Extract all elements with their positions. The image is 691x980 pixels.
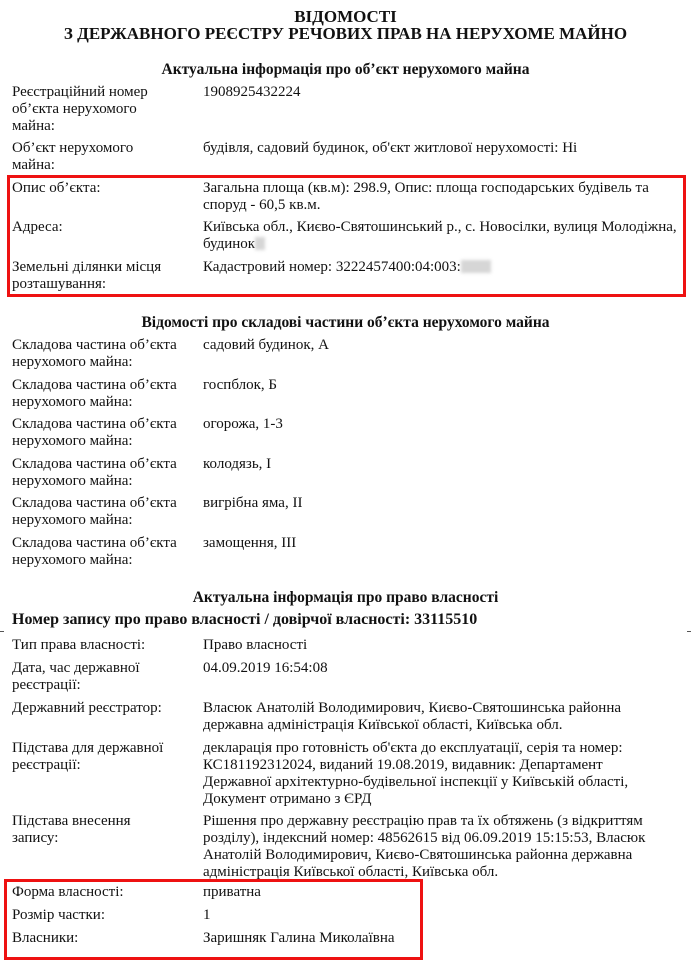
highlight-box-object-details (7, 175, 686, 297)
field-label: Тип права власності: (12, 637, 197, 654)
field-label: Складова частина об’єкта нерухомого майн… (12, 337, 197, 371)
document-title-line1: ВІДОМОСТІ (0, 8, 691, 25)
field-label: Складова частина об’єкта нерухомого майн… (12, 535, 197, 569)
field-label: Підстава для державної реєстрації: (12, 740, 187, 774)
record-number-title: Номер запису про право власності / довір… (12, 611, 477, 628)
field-label: Складова частина об’єкта нерухомого майн… (12, 456, 197, 490)
field-value: будівля, садовий будинок, об'єкт житлово… (203, 140, 683, 157)
page-edge-mark-left (0, 631, 4, 632)
field-label: Державний реєстратор: (12, 700, 197, 717)
highlight-box-owner-details (4, 879, 423, 960)
field-value: огорожа, 1-3 (203, 416, 683, 433)
field-value: садовий будинок, А (203, 337, 683, 354)
field-label: Складова частина об’єкта нерухомого майн… (12, 495, 197, 529)
section-title: Актуальна інформація про право власності (0, 589, 691, 606)
field-value: 04.09.2019 16:54:08 (203, 660, 683, 677)
field-value: Право власності (203, 637, 683, 654)
field-label: Реєстраційний номер об’єкта нерухомого м… (12, 84, 172, 135)
document-title-line2: З ДЕРЖАВНОГО РЕЄСТРУ РЕЧОВИХ ПРАВ НА НЕР… (0, 25, 691, 42)
field-value: 1908925432224 (203, 84, 683, 101)
field-value: замощення, ІІІ (203, 535, 683, 552)
page-edge-mark-right (687, 631, 691, 632)
field-value: Власюк Анатолій Володимирович, Києво-Свя… (203, 700, 673, 734)
field-label: Складова частина об’єкта нерухомого майн… (12, 377, 197, 411)
section-title: Актуальна інформація про об’єкт нерухомо… (0, 61, 691, 78)
field-value: декларація про готовність об'єкта до екс… (203, 740, 673, 808)
field-label: Об’єкт нерухомого майна: (12, 140, 172, 174)
field-label: Дата, час державної реєстрації: (12, 660, 172, 694)
field-value: госпблок, Б (203, 377, 683, 394)
section-title: Відомості про складові частини об’єкта н… (0, 314, 691, 331)
field-value: колодязь, І (203, 456, 683, 473)
field-label: Підстава внесення запису: (12, 813, 172, 847)
field-value: вигрібна яма, ІІ (203, 495, 683, 512)
field-label: Складова частина об’єкта нерухомого майн… (12, 416, 197, 450)
field-value: Рішення про державну реєстрацію прав та … (203, 813, 673, 881)
